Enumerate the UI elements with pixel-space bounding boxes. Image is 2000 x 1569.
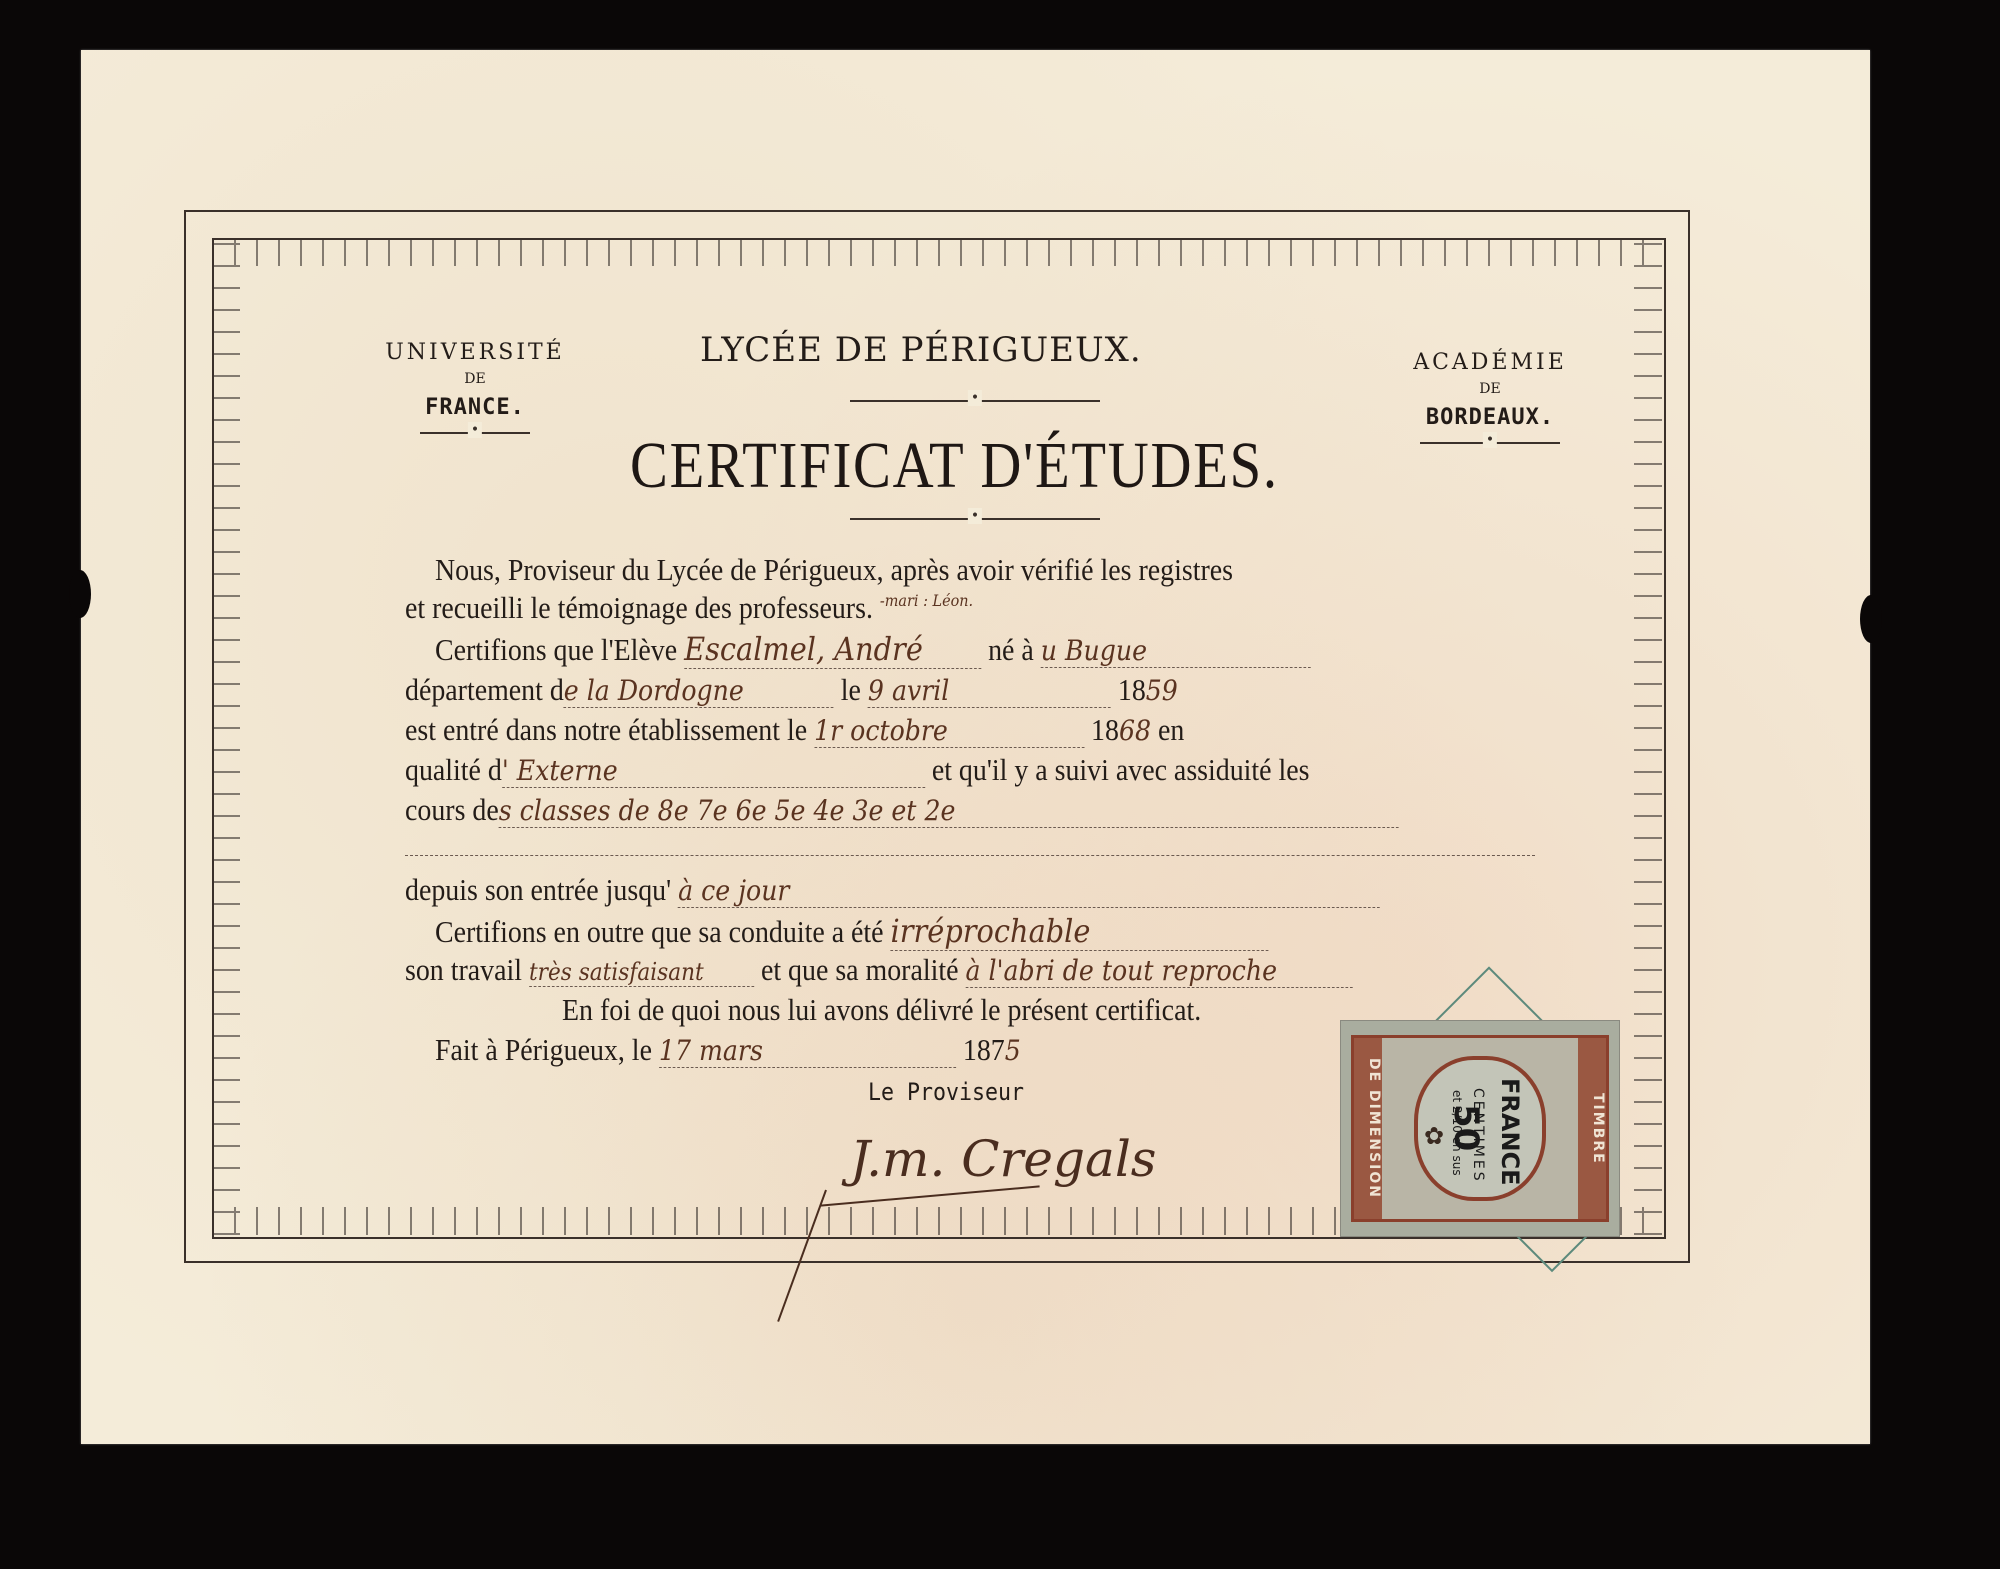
flower-icon: ✿ xyxy=(1424,1122,1444,1150)
work-field: très satisfaisant xyxy=(529,958,754,987)
stamp-band-left: DE DIMENSION xyxy=(1354,1038,1382,1219)
until-field: à ce jour xyxy=(678,874,1380,908)
text: 18 xyxy=(1118,672,1146,707)
text: Certifions que l'Elève xyxy=(435,632,677,667)
divider xyxy=(850,400,1100,402)
stamp-frame: DE DIMENSION TIMBRE FRANCE 50 CENTIMES e… xyxy=(1351,1035,1609,1222)
academie-name: BORDEAUX. xyxy=(1370,405,1610,430)
text: son travail xyxy=(405,952,522,987)
signature: J.m. Cregals xyxy=(850,1130,1156,1188)
text: cours de xyxy=(405,792,499,827)
revenue-stamp: DE DIMENSION TIMBRE FRANCE 50 CENTIMES e… xyxy=(1340,1020,1620,1237)
text: le xyxy=(841,672,861,707)
body-line-conduct: Certifions en outre que sa conduite a ét… xyxy=(435,912,1269,951)
issue-date-field: 17 mars xyxy=(659,1034,956,1068)
stamp-surcharge: et 2/10 en sus xyxy=(1450,1090,1464,1176)
text: et qu'il y a suivi avec assiduité les xyxy=(932,752,1310,787)
entry-year-field: 68 xyxy=(1119,714,1151,747)
school-name: LYCÉE DE PÉRIGUEUX. xyxy=(700,330,1142,370)
universite-name: FRANCE. xyxy=(360,395,590,420)
issue-year-field: 5 xyxy=(1005,1034,1021,1067)
stamp-oval: FRANCE 50 CENTIMES et 2/10 en sus ✿ xyxy=(1414,1056,1546,1201)
signature-title: Le Proviseur xyxy=(868,1078,1024,1106)
body-line-1: Nous, Proviseur du Lycée de Périgueux, a… xyxy=(435,552,1233,588)
text: et recueilli le témoignage des professeu… xyxy=(405,590,873,625)
universite-label: UNIVERSITÉ xyxy=(360,340,590,365)
student-name-field: Escalmel, André xyxy=(684,630,981,669)
body-line-classes: cours des classes de 8e 7e 6e 5e 4e 3e e… xyxy=(405,792,1399,828)
academie-de: DE xyxy=(1370,381,1610,397)
text: département d xyxy=(405,672,564,707)
text: 187 xyxy=(963,1032,1005,1067)
classes-field: s classes de 8e 7e 6e 5e 4e 3e et 2e xyxy=(499,794,1399,828)
birth-year-field: 59 xyxy=(1146,674,1178,707)
text: Certifions en outre que sa conduite a ét… xyxy=(435,914,884,949)
status-field: ' Externe xyxy=(502,754,925,788)
body-line-conclusion: En foi de quoi nous lui avons délivré le… xyxy=(562,992,1201,1028)
body-line-until: depuis son entrée jusqu' à ce jour xyxy=(405,872,1380,908)
text: En foi de quoi nous lui avons délivré le… xyxy=(562,992,1201,1027)
academie-label: ACADÉMIE xyxy=(1370,350,1610,375)
header-academie: ACADÉMIE DE BORDEAUX. xyxy=(1370,350,1610,444)
conduct-field: irréprochable xyxy=(891,912,1269,951)
stamp-band-right: TIMBRE xyxy=(1578,1038,1606,1219)
text: Nous, Proviseur du Lycée de Périgueux, a… xyxy=(435,552,1233,587)
divider xyxy=(420,432,530,434)
stamp-country: FRANCE xyxy=(1496,1078,1524,1186)
body-line-entry: est entré dans notre établissement le 1r… xyxy=(405,712,1184,748)
stamp-unit: CENTIMES xyxy=(1470,1088,1486,1184)
text: qualité d xyxy=(405,752,502,787)
universite-de: DE xyxy=(360,371,590,387)
body-line-issue: Fait à Périgueux, le 17 mars 1875 xyxy=(435,1032,1021,1068)
text: 18 xyxy=(1091,712,1119,747)
entry-date-field: 1r octobre xyxy=(814,714,1084,748)
body-line-2: et recueilli le témoignage des professeu… xyxy=(405,590,973,626)
body-line-student: Certifions que l'Elève Escalmel, André n… xyxy=(435,630,1311,669)
page-title: CERTIFICAT D'ÉTUDES. xyxy=(630,428,1279,504)
paper-tear-left xyxy=(69,570,91,618)
birthplace-field: u Bugue xyxy=(1041,634,1311,668)
paper-tear-right xyxy=(1860,595,1882,643)
text: né à xyxy=(988,632,1034,667)
text: et que sa moralité xyxy=(761,952,959,987)
blank-rule xyxy=(405,855,1535,856)
birth-date-field: 9 avril xyxy=(868,674,1111,708)
morality-field: à l'abri de tout reproche xyxy=(965,954,1352,988)
text: Fait à Périgueux, le xyxy=(435,1032,652,1067)
body-line-status: qualité d' Externe et qu'il y a suivi av… xyxy=(405,752,1310,788)
annotation: -mari : Léon. xyxy=(880,591,973,610)
divider xyxy=(850,518,1100,520)
body-line-work: son travail très satisfaisant et que sa … xyxy=(405,952,1352,988)
text: en xyxy=(1158,712,1184,747)
divider xyxy=(1420,442,1560,444)
department-field: e la Dordogne xyxy=(564,674,834,708)
body-line-department: département de la Dordogne le 9 avril 18… xyxy=(405,672,1178,708)
text: est entré dans notre établissement le xyxy=(405,712,807,747)
text: depuis son entrée jusqu' xyxy=(405,872,671,907)
header-universite: UNIVERSITÉ DE FRANCE. xyxy=(360,340,590,434)
